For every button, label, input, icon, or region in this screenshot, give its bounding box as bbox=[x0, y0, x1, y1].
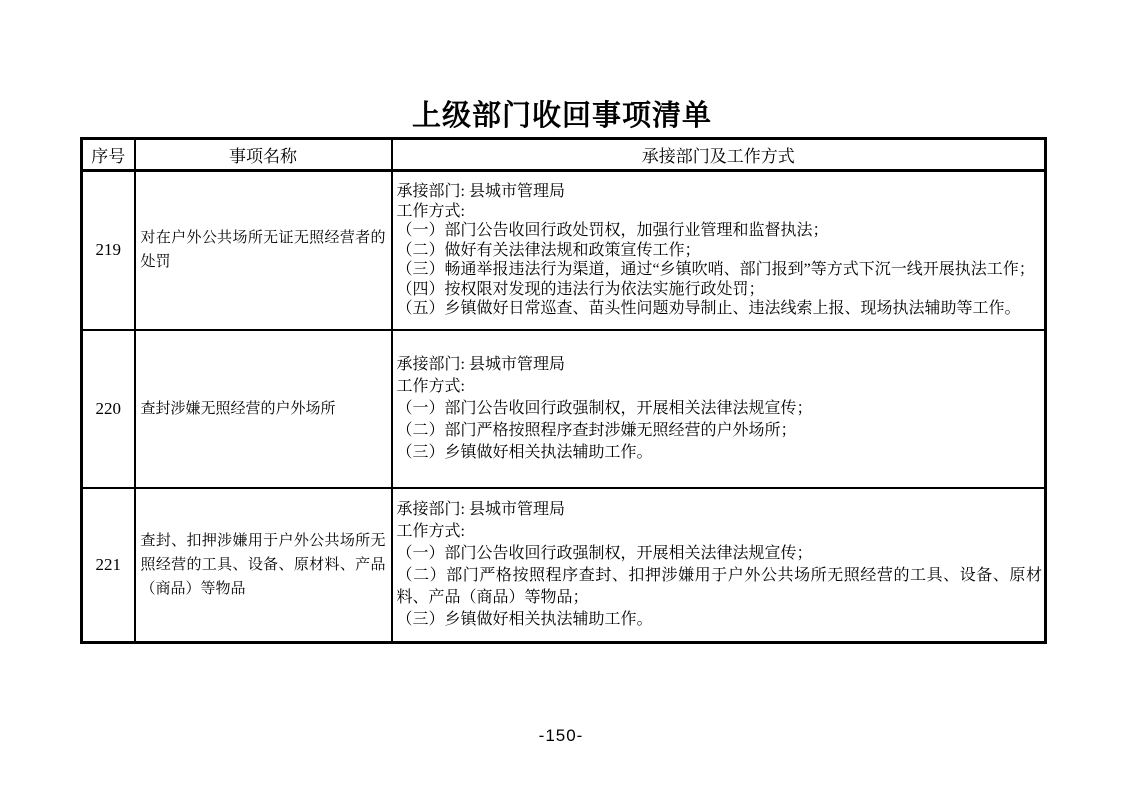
detail-line: （三）乡镇做好相关执法辅助工作。 bbox=[397, 609, 1043, 631]
detail-line: （三）畅通举报违法行为渠道，通过“乡镇吹哨、部门报到”等方式下沉一线开展执法工作… bbox=[397, 260, 1043, 280]
col-header-serial: 序号 bbox=[82, 139, 135, 171]
item-name: 查封、扣押涉嫌用于户外公共场所无照经营的工具、设备、原材料、产品（商品）等物品 bbox=[135, 488, 392, 643]
items-table: 序号 事项名称 承接部门及工作方式 219 对在户外公共场所无证无照经营者的处罚… bbox=[80, 137, 1047, 644]
header-row: 序号 事项名称 承接部门及工作方式 bbox=[82, 139, 1046, 171]
detail-line: 工作方式: bbox=[397, 521, 1043, 543]
table-row-221: 221 查封、扣押涉嫌用于户外公共场所无照经营的工具、设备、原材料、产品（商品）… bbox=[82, 488, 1046, 643]
detail-line: 承接部门: 县城市管理局 bbox=[397, 354, 1043, 376]
detail-line: 工作方式: bbox=[397, 376, 1043, 398]
detail-line: 承接部门: 县城市管理局 bbox=[397, 499, 1043, 521]
page-title: 上级部门收回事项清单 bbox=[80, 93, 1044, 134]
table-row-220: 220 查封涉嫌无照经营的户外场所 承接部门: 县城市管理局 工作方式: （一）… bbox=[82, 330, 1046, 488]
detail-line: （三）乡镇做好相关执法辅助工作。 bbox=[397, 442, 1043, 464]
page-number: -150- bbox=[0, 726, 1122, 746]
detail-line: （一）部门公告收回行政处罚权，加强行业管理和监督执法； bbox=[397, 221, 1043, 241]
department-and-method: 承接部门: 县城市管理局 工作方式: （一）部门公告收回行政处罚权，加强行业管理… bbox=[392, 171, 1046, 330]
detail-line: 承接部门: 县城市管理局 bbox=[397, 182, 1043, 202]
table-header: 序号 事项名称 承接部门及工作方式 bbox=[82, 139, 1046, 171]
department-and-method: 承接部门: 县城市管理局 工作方式: （一）部门公告收回行政强制权，开展相关法律… bbox=[392, 488, 1046, 643]
table-row-219: 219 对在户外公共场所无证无照经营者的处罚 承接部门: 县城市管理局 工作方式… bbox=[82, 171, 1046, 330]
detail-line: （一）部门公告收回行政强制权，开展相关法律法规宣传； bbox=[397, 398, 1043, 420]
detail-line: （四）按权限对发现的违法行为依法实施行政处罚； bbox=[397, 280, 1043, 300]
detail-line: （二）做好有关法律法规和政策宣传工作； bbox=[397, 241, 1043, 261]
detail-line: （一）部门公告收回行政强制权，开展相关法律法规宣传； bbox=[397, 543, 1043, 565]
detail-line: 工作方式: bbox=[397, 202, 1043, 222]
serial-number: 221 bbox=[82, 488, 135, 643]
col-header-department-method: 承接部门及工作方式 bbox=[392, 139, 1046, 171]
item-name: 对在户外公共场所无证无照经营者的处罚 bbox=[135, 171, 392, 330]
serial-number: 220 bbox=[82, 330, 135, 488]
detail-line: （二）部门严格按照程序查封、扣押涉嫌用于户外公共场所无照经营的工具、设备、原材料… bbox=[397, 565, 1043, 609]
detail-line: （二）部门严格按照程序查封涉嫌无照经营的户外场所； bbox=[397, 420, 1043, 442]
serial-number: 219 bbox=[82, 171, 135, 330]
item-name: 查封涉嫌无照经营的户外场所 bbox=[135, 330, 392, 488]
department-and-method: 承接部门: 县城市管理局 工作方式: （一）部门公告收回行政强制权，开展相关法律… bbox=[392, 330, 1046, 488]
col-header-item-name: 事项名称 bbox=[135, 139, 392, 171]
detail-line: （五）乡镇做好日常巡查、苗头性问题劝导制止、违法线索上报、现场执法辅助等工作。 bbox=[397, 299, 1043, 319]
